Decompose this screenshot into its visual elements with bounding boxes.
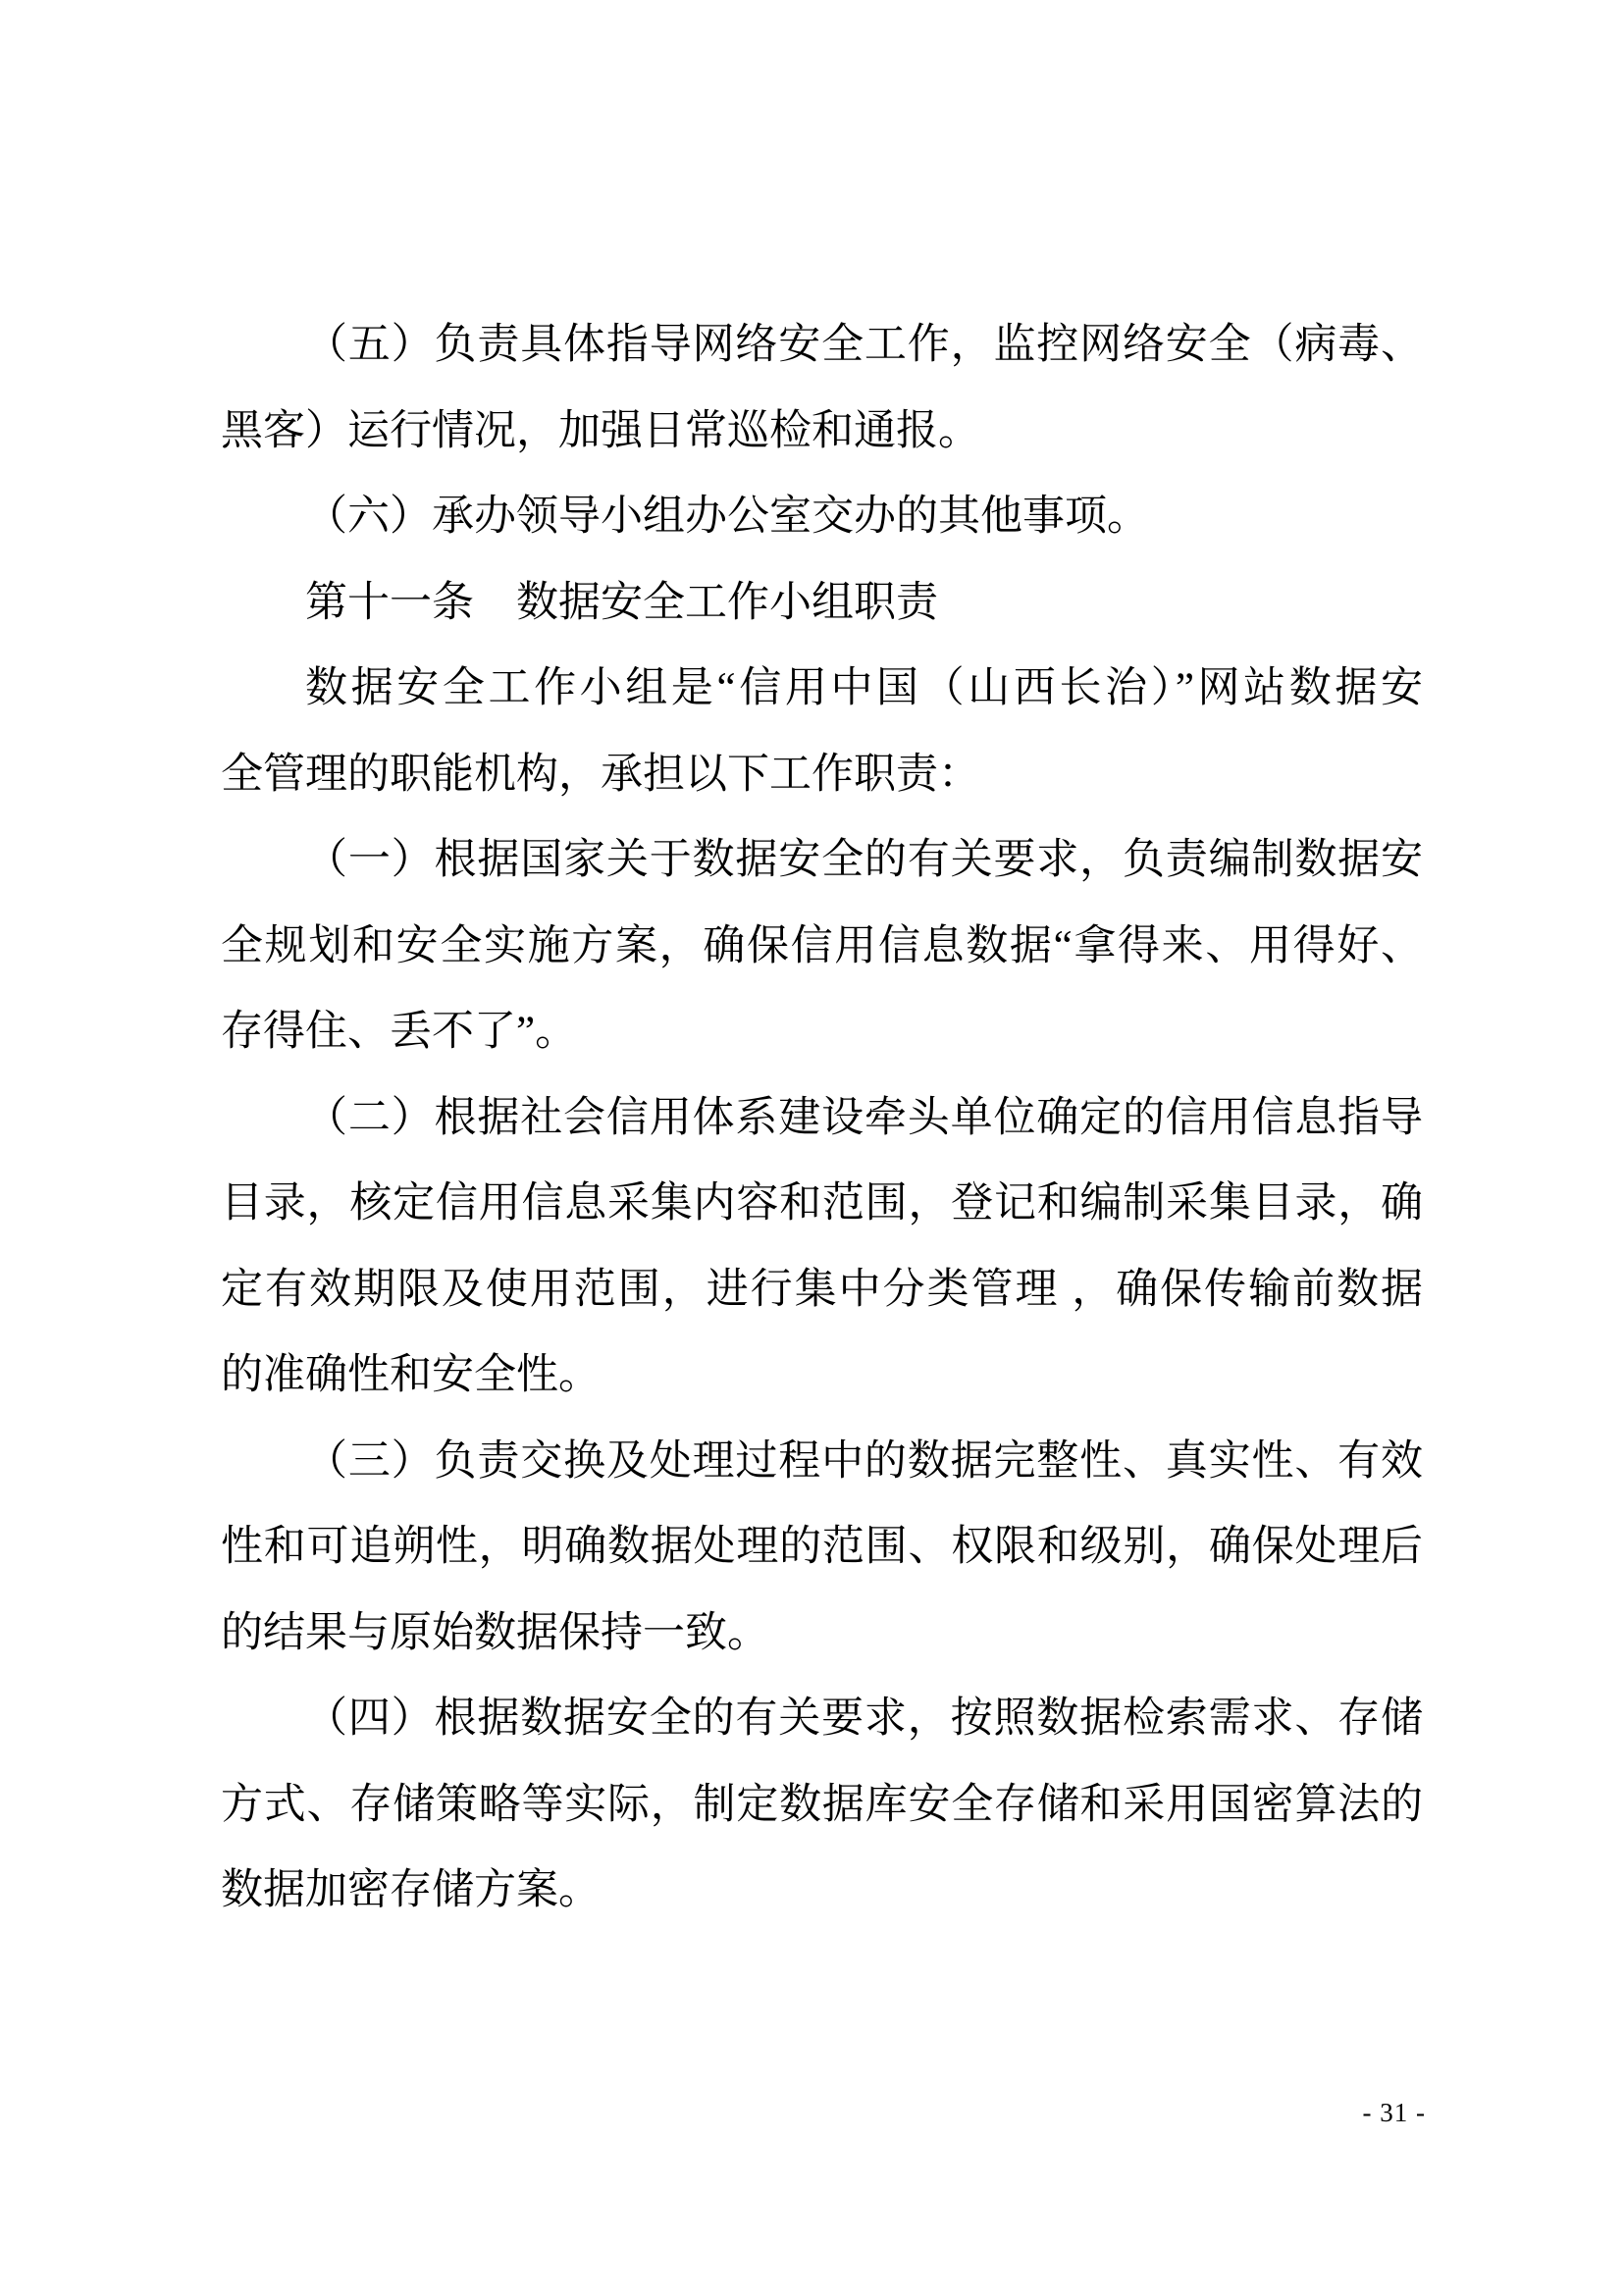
text-line: 数据安全工作小组是“信用中国（山西长治）”网站数据安 — [221, 646, 1423, 732]
article-heading-line: 第十一条 数据安全工作小组职责 — [221, 560, 1423, 647]
text-line: 性和可追朔性，明确数据处理的范围、权限和级别，确保处理后 — [221, 1504, 1423, 1591]
text-line: 定有效期限及使用范围，进行集中分类管理 ，确保传输前数据 — [221, 1247, 1423, 1333]
text-line: 目录，核定信用信息采集内容和范围，登记和编制采集目录，确 — [221, 1161, 1423, 1247]
page-number: - 31 - — [221, 2093, 1426, 2132]
text-line: （三）负责交换及处理过程中的数据完整性、真实性、有效 — [221, 1419, 1423, 1505]
text-line: （四）根据数据安全的有关要求，按照数据检索需求、存储 — [221, 1676, 1423, 1762]
text-line: 的准确性和安全性。 — [221, 1332, 1423, 1419]
text-line: 存得住、丢不了”。 — [221, 989, 1423, 1075]
text-line: 的结果与原始数据保持一致。 — [221, 1591, 1423, 1677]
text-line: （六）承办领导小组办公室交办的其他事项。 — [221, 474, 1423, 560]
text-line: 全规划和安全实施方案，确保信用信息数据“拿得来、用得好、 — [221, 904, 1423, 990]
text-line: 数据加密存储方案。 — [221, 1848, 1423, 1934]
text-line: 方式、存储策略等实际，制定数据库安全存储和采用国密算法的 — [221, 1762, 1423, 1849]
document-body: （五）负责具体指导网络安全工作，监控网络安全（病毒、黑客）运行情况，加强日常巡检… — [221, 302, 1423, 1934]
text-line: 黑客）运行情况，加强日常巡检和通报。 — [221, 389, 1423, 475]
text-line: （二）根据社会信用体系建设牵头单位确定的信用信息指导 — [221, 1075, 1423, 1162]
text-line: （五）负责具体指导网络安全工作，监控网络安全（病毒、 — [221, 302, 1423, 389]
text-line: （一）根据国家关于数据安全的有关要求，负责编制数据安 — [221, 817, 1423, 904]
text-line: 全管理的职能机构，承担以下工作职责： — [221, 732, 1423, 818]
document-page: （五）负责具体指导网络安全工作，监控网络安全（病毒、黑客）运行情况，加强日常巡检… — [0, 0, 1624, 2296]
